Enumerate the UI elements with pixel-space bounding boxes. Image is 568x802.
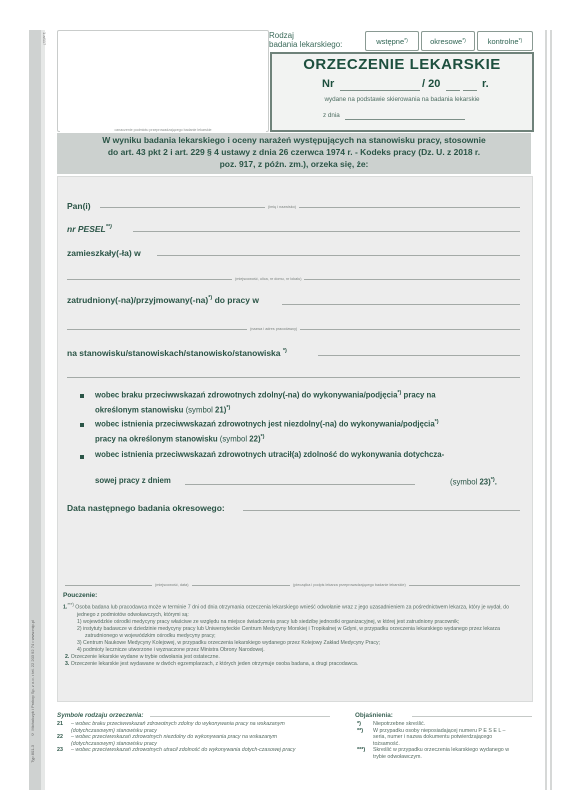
instruction-item: 1.***) Osoba badana lub pracodawca może … (63, 601, 523, 619)
option-bullet[interactable] (80, 455, 84, 459)
intro-line: W wyniku badania lekarskiego i oceny nar… (57, 134, 531, 146)
option-text: sowej pracy z dniem (95, 474, 171, 487)
issued-basis-note: wydane na podstawie skierowania na badan… (270, 96, 534, 103)
pesel-label: nr PESEL**) (67, 224, 112, 234)
place-date-hint: (miejscowość, data) (152, 583, 192, 587)
pesel-text: nr PESEL (67, 224, 106, 234)
symbols-title: Symbole rodzaju orzeczenia: (57, 712, 143, 719)
form-symbol: Typ 801-3 (30, 745, 35, 763)
symbol-code: 23) (479, 478, 490, 487)
footnote-mark: *) (261, 434, 265, 440)
footnote-mark: ***) (67, 602, 74, 607)
number-row: Nr (322, 78, 334, 90)
item-number: 3. (65, 661, 69, 667)
exam-type-option-wstepne[interactable]: wstępne*) (365, 31, 419, 51)
item-text: Osoba badana lub pracodawca może w termi… (75, 605, 509, 618)
referral-date-label: z dnia (323, 112, 340, 119)
explanation-text: Skreślić w przypadku orzeczenia lekarski… (373, 747, 517, 760)
exam-type-label: Rodzaj badania lekarskiego: (269, 31, 342, 49)
employment-label: zatrudniony(-na)/przyjmowany(-na)*) do p… (67, 295, 259, 305)
footnote-mark: ***) (357, 747, 373, 760)
exam-type-option-okresowe[interactable]: okresowe*) (421, 31, 475, 51)
instruction-item: 3. Orzeczenie lekarskie jest wydawane w … (63, 661, 523, 668)
symbols-list: 21– wobec braku przeciwwskazań zdrowotny… (57, 721, 322, 754)
option-label: wstępne (376, 37, 404, 46)
pesel-field[interactable] (133, 231, 520, 232)
symbol-code: 21) (215, 405, 226, 414)
intro-line: do art. 43 pkt 2 i art. 229 § 4 ustawy z… (57, 146, 531, 158)
symbol-text: – wobec przeciwwskazań zdrowotnych niezd… (71, 734, 322, 747)
document-title: ORZECZENIE LEKARSKIE (270, 56, 534, 73)
stamp-caption: oznaczenie podmiotu przeprowadzającego b… (60, 128, 266, 132)
right-margin-rule (545, 30, 547, 790)
symbol-item: 22– wobec przeciwwskazań zdrowotnych nie… (57, 734, 322, 747)
option-text: pracy na określonym stanowisku (95, 434, 220, 443)
referral-date-field[interactable] (345, 119, 465, 120)
decision-option-unfit[interactable]: wobec istnienia przeciwwskazań zdrowotny… (95, 416, 525, 445)
name-label: Pan(i) (67, 201, 91, 211)
exam-type-label-line1: Rodzaj (269, 31, 342, 40)
footnote-mark: **) (357, 728, 373, 748)
symbol-text: – wobec braku przeciwwskazań zdrowotnych… (71, 721, 322, 734)
footnote-mark: **) (106, 224, 112, 230)
residence-field[interactable] (157, 255, 520, 256)
symbol-code: 21 (57, 721, 71, 734)
explanation-item: **)W przypadku osoby nieposiadającej num… (357, 728, 517, 748)
year-digit-field-2[interactable] (463, 90, 477, 91)
employer-hint: (nazwa i adres pracodawcy) (247, 327, 300, 331)
option-label: okresowe (430, 37, 462, 46)
residence-hint: (miejscowość, ulica, nr domu, nr lokalu) (232, 277, 304, 281)
instruction-subitem: 1) wojewódzkie ośrodki medycyny pracy wł… (63, 619, 523, 626)
instruction-subitem: 4) podmioty lecznicze utworzone i wyznac… (63, 647, 523, 654)
number-field[interactable] (340, 90, 420, 91)
exam-type-option-kontrolne[interactable]: kontrolne*) (477, 31, 533, 51)
footnote-mark: *) (435, 419, 439, 425)
item-text: Orzeczenie lekarskie jest wydawane w dwó… (71, 661, 358, 667)
publisher-note: © Michalczyk i Prokop Sp. z o.o. • tel. … (30, 620, 35, 737)
divider (412, 716, 532, 717)
item-number: 2. (65, 654, 69, 660)
instruction-subitem: 3) Centrum Naukowe Medycyny Kolejowej, w… (63, 640, 523, 647)
explanation-text: W przypadku osoby nieposiadającej numeru… (373, 728, 517, 748)
symbol-item: 21– wobec braku przeciwwskazań zdrowotny… (57, 721, 322, 734)
employment-suffix: do pracy w (215, 295, 259, 305)
intro-line: poz. 917, z późn. zm.), orzeka się, że: (57, 158, 531, 170)
symbol-item: 23– wobec przeciwwskazań zdrowotnych utr… (57, 747, 322, 754)
decision-option-fit[interactable]: wobec braku przeciwwskazań zdrowotnych z… (95, 387, 525, 416)
option-bullet[interactable] (80, 423, 84, 427)
footnote-mark: *) (208, 295, 212, 301)
signature-hint: (pieczątka i podpis lekarza przeprowadza… (290, 583, 409, 587)
option-text: określonym stanowisku (95, 405, 186, 414)
symbol-text: – wobec przeciwwskazań zdrowotnych utrac… (71, 747, 295, 754)
position-label: na stanowisku/stanowiskach/stanowisko/st… (67, 348, 287, 358)
symbol-code: 22 (57, 734, 71, 747)
symbol-word: (symbol (186, 405, 215, 414)
explanation-item: ***)Skreślić w przypadku orzeczenia leka… (357, 747, 517, 760)
footnote-mark: *) (519, 38, 523, 44)
lost-capacity-date-field[interactable] (185, 484, 415, 485)
stamp-area[interactable] (57, 30, 269, 132)
symbol-word: (symbol (220, 434, 249, 443)
position-field[interactable] (318, 355, 520, 356)
instruction-subitem: 2) instytuty badawcze w dziedzinie medyc… (63, 626, 523, 640)
next-exam-date-field[interactable] (243, 510, 520, 511)
item-text: Orzeczenie lekarskie wydane w trybie odw… (71, 654, 220, 660)
option-text: wobec istnienia przeciwwskazań zdrowotny… (95, 420, 435, 429)
name-hint: (imię i nazwisko) (265, 205, 299, 209)
employer-field[interactable] (282, 304, 520, 305)
symbol-code: 22) (249, 434, 260, 443)
explanations-list: *)Niepotrzebne skreślić. **)W przypadku … (357, 721, 517, 760)
explanations-title: Objaśnienia: (355, 712, 393, 719)
employment-text: zatrudniony(-na)/przyjmowany(-na) (67, 295, 208, 305)
nr-label: Nr (322, 78, 334, 90)
option-text: wobec istnienia przeciwwskazań zdrowotny… (95, 448, 525, 461)
option-label: kontrolne (488, 37, 519, 46)
punctuation: . (495, 478, 497, 487)
year-suffix: r. (482, 78, 489, 90)
left-margin-strip-light (41, 30, 45, 790)
symbol-code: 23 (57, 747, 71, 754)
footnote-mark: *) (462, 38, 466, 44)
symbol-23: (symbol 23)*). (450, 474, 497, 489)
legal-basis-intro: W wyniku badania lekarskiego i oceny nar… (57, 133, 531, 174)
divider (150, 716, 330, 717)
form-code-top: 1-a/117 (42, 32, 47, 45)
year-prefix: / 20 (422, 78, 440, 90)
footnote-mark: *) (226, 405, 230, 411)
residence-label: zamieszkały(-ła) w (67, 248, 141, 258)
decision-option-lost-capacity[interactable]: wobec istnienia przeciwwskazań zdrowotny… (95, 448, 525, 461)
name-field[interactable] (100, 207, 520, 208)
position-text: na stanowisku/stanowiskach/stanowisko/st… (67, 348, 281, 358)
position-field-line2[interactable] (67, 377, 520, 378)
footnote-mark: *) (404, 38, 408, 44)
exam-type-label-line2: badania lekarskiego: (269, 40, 342, 49)
instructions-list: 1.***) Osoba badana lub pracodawca może … (63, 601, 523, 668)
next-exam-label: Data następnego badania okresowego: (67, 503, 225, 513)
symbol-word: (symbol (450, 478, 479, 487)
instructions-title: Pouczenie: (63, 592, 97, 599)
year-digit-field-1[interactable] (446, 90, 460, 91)
footnote-mark: *) (283, 348, 287, 354)
option-bullet[interactable] (80, 394, 84, 398)
instruction-item: 2. Orzeczenie lekarskie wydane w trybie … (63, 654, 523, 661)
option-text: wobec braku przeciwwskazań zdrowotnych z… (95, 391, 397, 400)
option-text: pracy na (401, 391, 435, 400)
right-margin-rule (550, 30, 552, 790)
